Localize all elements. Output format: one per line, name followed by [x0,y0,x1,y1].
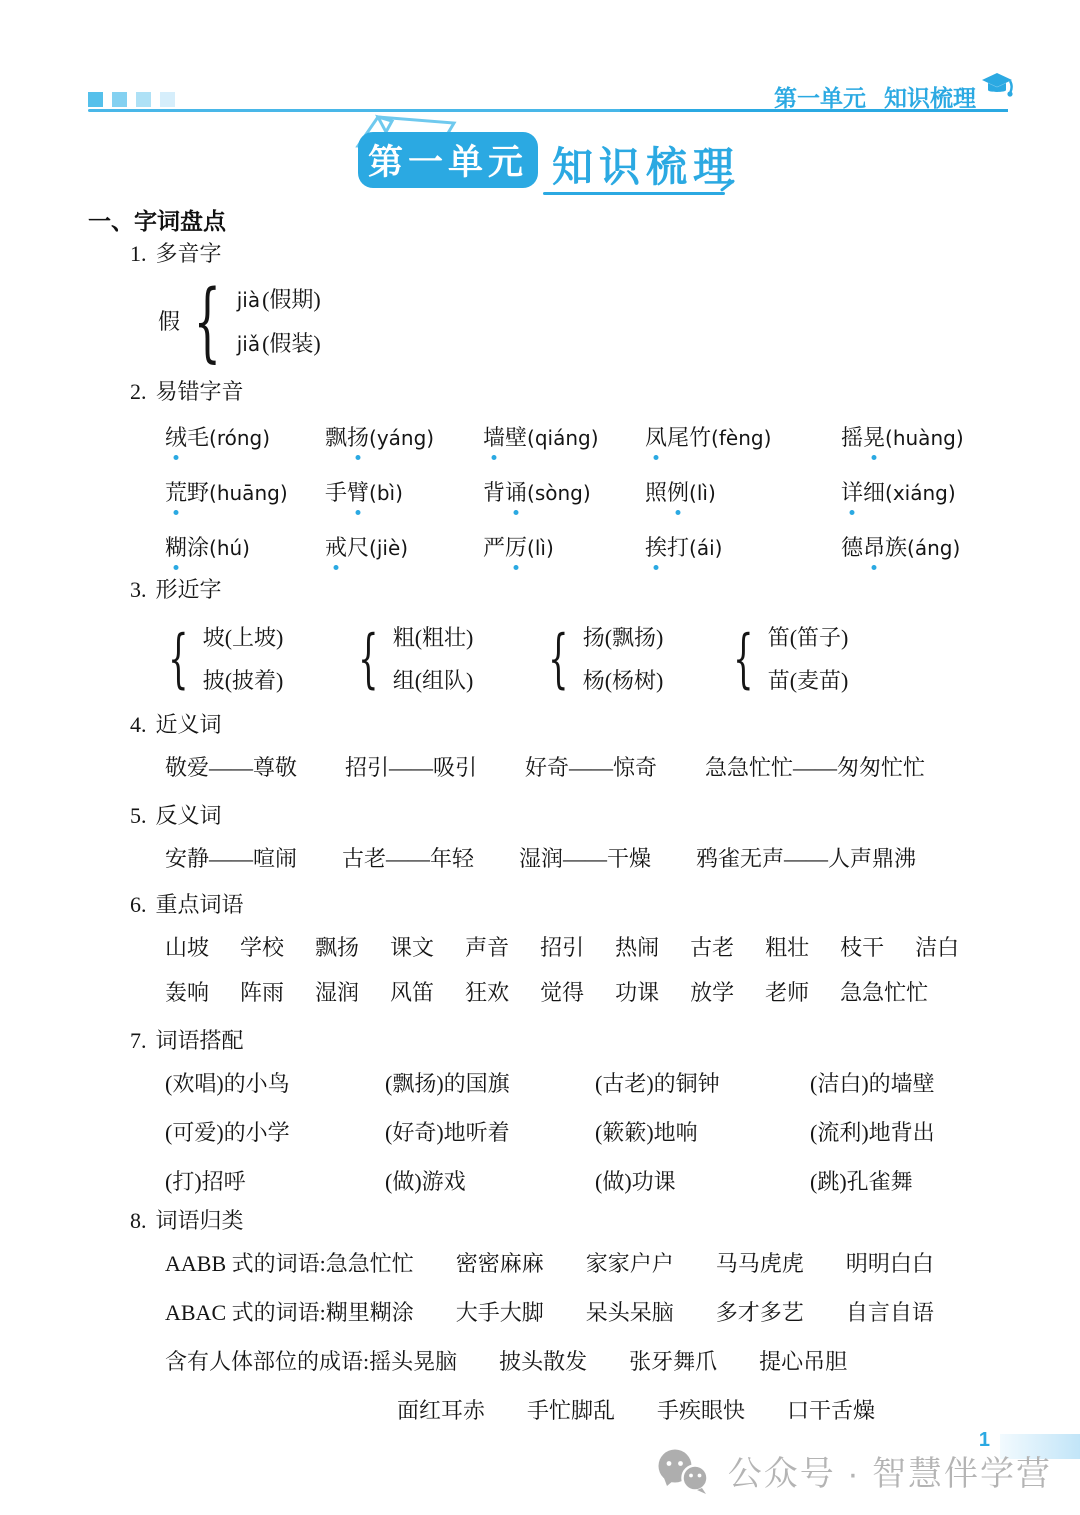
category-word: 披头散发 [499,1349,587,1375]
main-heading: 一、字词盘点 [88,203,226,236]
section-title: 易错字音 [156,379,244,404]
synonym-row: 敬爱——尊敬招引——吸引好奇——惊奇急急忙忙——匆匆忙忙 [165,755,1000,781]
word-item: 糊涂(hú) [165,535,325,561]
key-word: 课文 [390,935,434,961]
collocation-item: (飘扬)的国旗 [385,1071,595,1097]
pinyin: (róng) [209,426,270,450]
category-word: 糊里糊涂 [326,1300,414,1326]
char: 尺 [347,535,369,561]
section-title: 形近字 [156,577,222,602]
title-subtitle: 知识梳理 [552,134,740,193]
key-word: 老师 [765,980,809,1006]
word-item: 德昂族(áng) [841,535,1000,561]
brace-icon: { [168,627,188,691]
collocation-item: (打)招呼 [165,1169,385,1195]
section-word-categories: 8.词语归类 AABB 式的词语:急急忙忙密密麻麻家家户户马马虎虎明明白白ABA… [88,1208,1000,1447]
key-word: 学校 [240,935,284,961]
dotted-char: 厉 [505,535,527,561]
title-badge: 第一单元 [358,132,538,188]
dotted-char: 详 [841,480,863,506]
similar-char-lines: 坡(上坡)披(披着) [203,616,284,702]
collocation-item: (跳)孔雀舞 [810,1169,1000,1195]
key-word: 风笛 [390,980,434,1006]
word-item: 详细(xiáng) [841,480,1000,506]
decorative-square [112,92,127,107]
section-title: 近义词 [156,712,222,737]
similar-char-line: 组(组队) [393,659,474,702]
category-line: 含有人体部位的成语:摇头晃脑披头散发张牙舞爪提心吊胆 [165,1349,1000,1375]
category-word: 明明白白 [846,1251,934,1277]
char: 背 [483,480,505,506]
dotted-char: 戒 [325,535,347,561]
polyphone-char: 假 [158,309,180,335]
pinyin: (bì) [369,481,403,505]
char: 涂 [187,535,209,561]
section-heading: 4.近义词 [130,712,1000,738]
key-word: 飘扬 [315,935,359,961]
collocation-item: (欢唱)的小鸟 [165,1071,385,1097]
category-label: ABAC 式的词语: [165,1300,326,1326]
word-item: 照例(lì) [645,480,841,506]
section-heading: 7.词语搭配 [130,1028,1000,1054]
char: 严 [483,535,505,561]
dotted-char: 诵 [505,480,527,506]
section-antonyms: 5.反义词 安静——喧闹古老——年轻湿润——干燥鸦雀无声——人声鼎沸 [88,803,1000,872]
brace-icon: { [733,627,753,691]
category-word: 马马虎虎 [716,1251,804,1277]
word-item: 摇晃(huàng) [841,425,1000,451]
key-word: 狂欢 [465,980,509,1006]
word-item: 绒毛(róng) [165,425,325,451]
char: 手 [325,480,347,506]
section-similar-chars: 3.形近字 {坡(上坡)披(披着){粗(粗壮)组(组队){扬(飘扬)杨(杨树){… [88,577,1000,702]
similar-char-group: {粗(粗壮)组(组队) [348,616,538,702]
section-number: 3. [130,577,147,602]
collocation-item: (洁白)的墙壁 [810,1071,1000,1097]
dotted-char: 荒 [165,480,187,506]
collocation-item: (簌簌)地响 [595,1120,810,1146]
dotted-char: 挨 [645,535,667,561]
category-line: AABB 式的词语:急急忙忙密密麻麻家家户户马马虎虎明明白白 [165,1251,1000,1277]
similar-char-line: 披(披着) [203,659,284,702]
pinyin: (hú) [209,536,250,560]
similar-char-line: 坡(上坡) [203,616,284,659]
category-word: 密密麻麻 [456,1251,544,1277]
section-heading: 8.词语归类 [130,1208,1000,1234]
section-title: 重点词语 [156,892,244,917]
section-title: 多音字 [156,241,222,266]
category-word: 口干舌燥 [787,1398,875,1424]
title-underline [543,192,725,195]
section-number: 2. [130,379,147,404]
pinyin: (yáng) [369,426,434,450]
running-head-topic: 知识梳理 [884,80,976,113]
section-collocations: 7.词语搭配 (欢唱)的小鸟(飘扬)的国旗(古老)的铜钟(洁白)的墙壁(可爱)的… [88,1028,1000,1195]
key-word: 湿润 [315,980,359,1006]
word-item: 背诵(sòng) [483,480,645,506]
key-word-row: 山坡学校飘扬课文声音招引热闹古老粗壮枝干洁白 [165,935,1000,961]
char: 飘 [325,425,347,451]
category-word: 呆头呆脑 [586,1300,674,1326]
key-word-row: 轰响阵雨湿润风笛狂欢觉得功课放学老师急急忙忙 [165,980,1000,1006]
similar-char-line: 扬(飘扬) [583,616,664,659]
polyphone-group: 假 { jià(假期)jiǎ(假装) [158,279,1000,365]
dotted-char: 昂 [863,535,885,561]
collocation-item: (做)功课 [595,1169,810,1195]
polyphone-reading: jiǎ(假装) [237,331,321,357]
dotted-char: 例 [667,480,689,506]
key-word: 招引 [540,935,584,961]
char: 打 [667,535,689,561]
section-heading: 2.易错字音 [130,379,1000,405]
key-word: 古老 [690,935,734,961]
similar-char-group: {笛(笛子)苗(麦苗) [723,616,1000,702]
similar-char-lines: 扬(飘扬)杨(杨树) [583,616,664,702]
char: 壁 [505,425,527,451]
synonym-pair: 敬爱——尊敬 [165,755,297,781]
char: 野 [187,480,209,506]
word-item: 戒尺(jiè) [325,535,483,561]
decorative-square [136,92,151,107]
char: 细 [863,480,885,506]
similar-char-group: {坡(上坡)披(披着) [158,616,348,702]
reading-pinyin: jiǎ [237,332,260,356]
pinyin: (áng) [907,536,960,560]
graduation-cap-icon [980,72,1014,104]
section-title: 反义词 [156,803,222,828]
reading-word: (假期) [262,287,321,312]
brace-icon: { [358,627,378,691]
char: 竹 [689,425,711,451]
key-word: 急急忙忙 [840,980,928,1006]
collocation-item: (好奇)地听着 [385,1120,595,1146]
category-word: 张牙舞爪 [629,1349,717,1375]
antonym-pair: 湿润——干燥 [519,846,651,872]
similar-char-line: 苗(麦苗) [768,659,849,702]
section-heading: 3.形近字 [130,577,1000,603]
header-squares [88,92,175,107]
reading-pinyin: jià [237,288,260,312]
category-label: AABB 式的词语: [165,1251,326,1277]
category-line: ABAC 式的词语:糊里糊涂大手大脚呆头呆脑多才多艺自言自语 [165,1300,1000,1326]
key-word: 枝干 [840,935,884,961]
collocation-item: (可爱)的小学 [165,1120,385,1146]
similar-char-line: 杨(杨树) [583,659,664,702]
category-lines: AABB 式的词语:急急忙忙密密麻麻家家户户马马虎虎明明白白ABAC 式的词语:… [165,1251,1000,1424]
category-word: 急急忙忙 [326,1251,414,1277]
word-item: 凤尾竹(fèng) [645,425,841,451]
section-heading: 1.多音字 [130,241,1000,267]
section-heading: 6.重点词语 [130,892,1000,918]
word-pinyin-grid: 绒毛(róng)飘扬(yáng)墙壁(qiáng)凤尾竹(fèng)摇晃(huà… [165,425,1000,561]
char: 毛 [187,425,209,451]
dotted-char: 臂 [347,480,369,506]
similar-char-line: 粗(粗壮) [393,616,474,659]
dotted-char: 糊 [165,535,187,561]
pinyin: (qiáng) [527,426,598,450]
section-number: 7. [130,1028,147,1053]
synonym-pair: 好奇——惊奇 [525,755,657,781]
key-word: 粗壮 [765,935,809,961]
pinyin: (lì) [527,536,554,560]
char: 照 [645,480,667,506]
decorative-square [160,92,175,107]
char: 德 [841,535,863,561]
category-word: 面红耳赤 [397,1398,485,1424]
polyphone-reading: jià(假期) [237,287,321,313]
word-item: 飘扬(yáng) [325,425,483,451]
section-number: 1. [130,241,147,266]
char: 摇 [841,425,863,451]
category-word: 自言自语 [846,1300,934,1326]
pinyin: (xiáng) [885,481,956,505]
collocation-item: (古老)的铜钟 [595,1071,810,1097]
word-item: 手臂(bì) [325,480,483,506]
pinyin: (huāng) [209,481,288,505]
key-word: 声音 [465,935,509,961]
wechat-icon [654,1447,712,1495]
section-polyphones: 1.多音字 假 { jià(假期)jiǎ(假装) [88,241,1000,365]
dotted-char: 墙 [483,425,505,451]
brace-icon: { [194,279,221,365]
brace-icon: { [548,627,568,691]
word-item: 墙壁(qiáng) [483,425,645,451]
dotted-char: 晃 [863,425,885,451]
synonym-pair: 招引——吸引 [345,755,477,781]
category-word: 大手大脚 [456,1300,544,1326]
pinyin: (lì) [689,481,716,505]
watermark-text: 公众号 · 智慧伴学营 [728,1446,1052,1495]
antonym-pair: 鸦雀无声——人声鼎沸 [696,846,916,872]
pinyin: (sòng) [527,481,591,505]
polyphone-readings: jià(假期)jiǎ(假装) [237,287,321,357]
similar-char-grid: {坡(上坡)披(披着){粗(粗壮)组(组队){扬(飘扬)杨(杨树){笛(笛子)苗… [158,616,1000,702]
category-line: 面红耳赤手忙脚乱手疾眼快口干舌燥 [165,1398,1000,1424]
word-item: 荒野(huāng) [165,480,325,506]
key-word: 热闹 [615,935,659,961]
collocation-grid: (欢唱)的小鸟(飘扬)的国旗(古老)的铜钟(洁白)的墙壁(可爱)的小学(好奇)地… [165,1071,1000,1195]
synonym-pair: 急急忙忙——匆匆忙忙 [705,755,925,781]
category-word: 提心吊胆 [759,1349,847,1375]
section-title: 词语搭配 [156,1028,244,1053]
running-head-unit: 第一单元 [774,80,866,113]
section-number: 4. [130,712,147,737]
word-item: 严厉(lì) [483,535,645,561]
section-number: 6. [130,892,147,917]
category-word: 多才多艺 [716,1300,804,1326]
pinyin: (jiè) [369,536,408,560]
collocation-item: (流利)地背出 [810,1120,1000,1146]
similar-char-line: 笛(笛子) [768,616,849,659]
word-item: 挨打(ái) [645,535,841,561]
section-title: 词语归类 [156,1208,244,1233]
dotted-char: 扬 [347,425,369,451]
key-word: 山坡 [165,935,209,961]
category-word: 手疾眼快 [657,1398,745,1424]
section-number: 5. [130,803,147,828]
key-word: 放学 [690,980,734,1006]
section-number: 8. [130,1208,147,1233]
similar-char-group: {扬(飘扬)杨(杨树) [538,616,723,702]
dotted-char: 绒 [165,425,187,451]
char: 尾 [667,425,689,451]
key-word: 功课 [615,980,659,1006]
section-synonyms: 4.近义词 敬爱——尊敬招引——吸引好奇——惊奇急急忙忙——匆匆忙忙 [88,712,1000,781]
similar-char-lines: 粗(粗壮)组(组队) [393,616,474,702]
category-word: 手忙脚乱 [527,1398,615,1424]
antonym-pair: 古老——年轻 [342,846,474,872]
key-word: 觉得 [540,980,584,1006]
section-error-prone-sounds: 2.易错字音 绒毛(róng)飘扬(yáng)墙壁(qiáng)凤尾竹(fèng… [88,379,1000,561]
dotted-char: 凤 [645,425,667,451]
antonym-pair: 安静——喧闹 [165,846,297,872]
reading-word: (假装) [262,331,321,356]
key-word: 阵雨 [240,980,284,1006]
category-label: 含有人体部位的成语: [165,1349,369,1375]
category-word: 家家户户 [586,1251,674,1277]
watermark: 公众号 · 智慧伴学营 [654,1446,1052,1495]
pinyin: (ái) [689,536,722,560]
decorative-square [88,92,103,107]
antonym-row: 安静——喧闹古老——年轻湿润——干燥鸦雀无声——人声鼎沸 [165,846,1000,872]
key-word: 轰响 [165,980,209,1006]
running-head: 第一单元 知识梳理 [774,80,976,113]
category-word: 摇头晃脑 [369,1349,457,1375]
char: 族 [885,535,907,561]
section-heading: 5.反义词 [130,803,1000,829]
pinyin: (huàng) [885,426,964,450]
key-word: 洁白 [915,935,959,961]
similar-char-lines: 笛(笛子)苗(麦苗) [768,616,849,702]
collocation-item: (做)游戏 [385,1169,595,1195]
pinyin: (fèng) [711,426,771,450]
section-key-words: 6.重点词语 山坡学校飘扬课文声音招引热闹古老粗壮枝干洁白 轰响阵雨湿润风笛狂欢… [88,892,1000,1006]
